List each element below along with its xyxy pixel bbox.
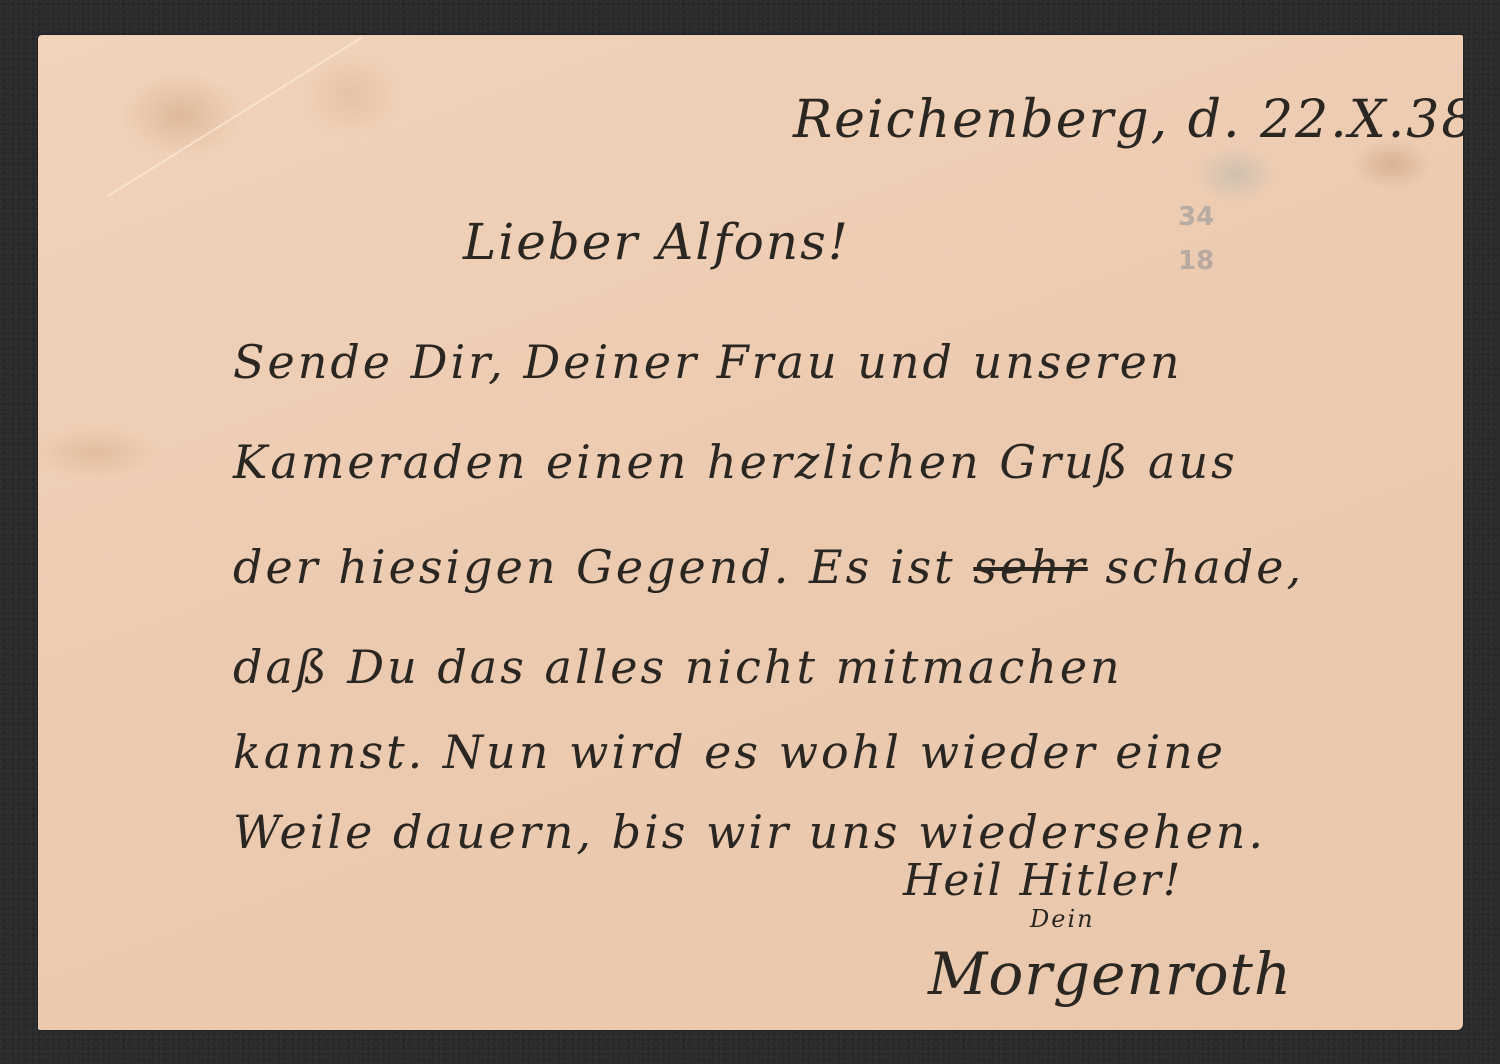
body-line-1: Sende Dir, Deiner Frau und unseren bbox=[233, 335, 1183, 389]
body-line-2: Kameraden einen herzlichen Gruß aus bbox=[233, 435, 1238, 489]
postcard: 34 18 Reichenberg, d. 22.X.38 Lieber Alf… bbox=[38, 35, 1463, 1030]
greeting: Lieber Alfons! bbox=[463, 213, 850, 271]
signature: Morgenroth bbox=[928, 940, 1292, 1008]
body-line-4: daß Du das alles nicht mitmachen bbox=[233, 640, 1123, 694]
struck-out-word: sehr bbox=[973, 540, 1087, 594]
valediction: Dein bbox=[1030, 905, 1095, 933]
body-line-3-start: der hiesigen Gegend. Es ist bbox=[233, 540, 956, 594]
body-line-3-end: schade, bbox=[1105, 540, 1304, 594]
body-line-5: kannst. Nun wird es wohl wieder eine bbox=[233, 725, 1226, 779]
closing: Heil Hitler! bbox=[903, 855, 1183, 906]
stamp-residue-line-2: 18 bbox=[1178, 239, 1214, 283]
body-line-3: der hiesigen Gegend. Es ist sehr schade, bbox=[233, 540, 1304, 594]
stamp-residue-line-1: 34 bbox=[1178, 195, 1214, 239]
dateline: Reichenberg, d. 22.X.38 bbox=[793, 90, 1463, 150]
paper-crease bbox=[107, 36, 362, 197]
body-line-6: Weile dauern, bis wir uns wiedersehen. bbox=[233, 805, 1266, 859]
faded-stamp-residue: 34 18 bbox=[1178, 195, 1214, 283]
